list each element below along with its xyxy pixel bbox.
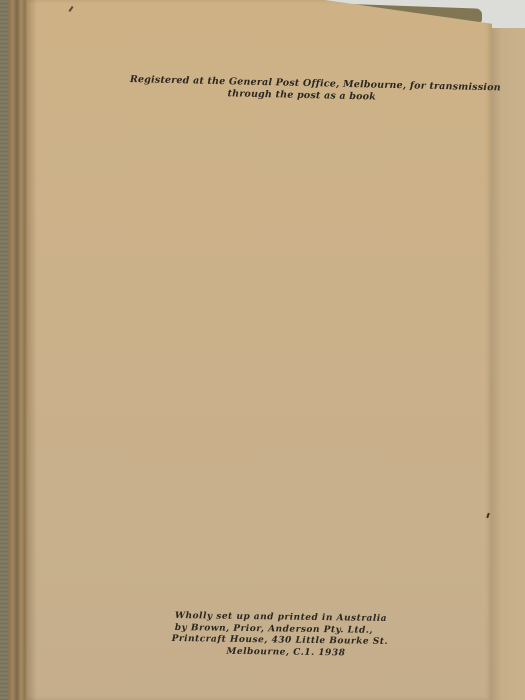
book-page	[27, 0, 492, 700]
gutter-shadow	[27, 0, 37, 700]
facing-page-edge	[490, 28, 525, 700]
printer-imprint: Wholly set up and printed in Australia b…	[174, 611, 390, 660]
book-page-edges	[8, 0, 28, 700]
